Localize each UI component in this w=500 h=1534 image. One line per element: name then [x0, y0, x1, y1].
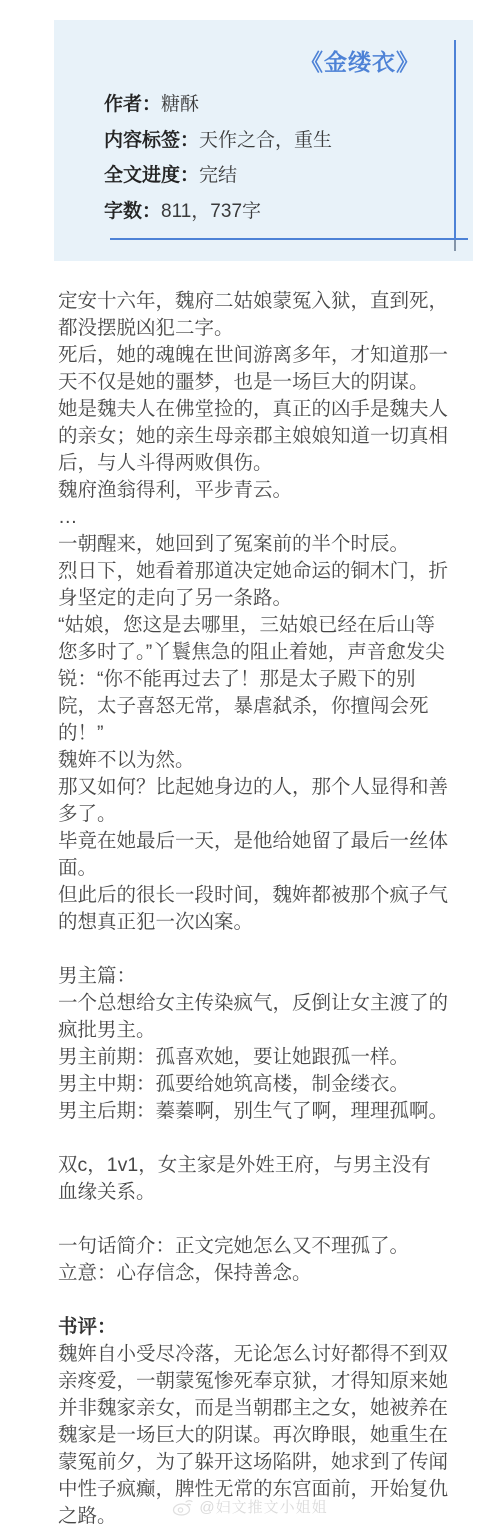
meta-label: 全文进度： — [104, 165, 199, 186]
pairing-paragraph: 双c，1v1，女主家是外姓王府，与男主没有血缘关系。 — [58, 1152, 450, 1206]
story-paragraph: 毕竟在她最后一天，是他给她留了最后一丝体面。 — [58, 828, 450, 882]
story-paragraph: 烈日下，她看着那道决定她命运的铜木门，折身坚定的走向了另一条路。 — [58, 558, 450, 612]
story-paragraph: … — [58, 504, 450, 531]
meta-value: 811，737字 — [161, 201, 261, 222]
book-info-card: 《金缕衣》 作者：糖酥 内容标签：天作之合，重生 全文进度：完结 字数：811，… — [54, 20, 473, 261]
meta-label: 内容标签： — [104, 130, 199, 151]
story-paragraph: 魏姩不以为然。 — [58, 747, 450, 774]
story-paragraph: 她是魏夫人在佛堂捡的，真正的凶手是魏夫人的亲女；她的亲生母亲郡主娘娘知道一切真相… — [58, 396, 450, 477]
story-paragraph: 那又如何？比起她身边的人，那个人显得和善多了。 — [58, 774, 450, 828]
story-paragraph: 死后，她的魂魄在世间游离多年，才知道那一天不仅是她的噩梦，也是一场巨大的阴谋。 — [58, 342, 450, 396]
story-paragraph: 但此后的很长一段时间，魏姩都被那个疯子气的想真正犯一次凶案。 — [58, 882, 450, 936]
section-intro: 定安十六年，魏府二姑娘蒙冤入狱，直到死，都没摆脱凶犯二字。 死后，她的魂魄在世间… — [58, 288, 450, 936]
meta-row-progress: 全文进度：完结 — [104, 165, 453, 186]
meta-value: 糖酥 — [161, 94, 199, 115]
meta-row-author: 作者：糖酥 — [104, 94, 453, 115]
accent-vertical-line — [454, 40, 456, 239]
body-text: 定安十六年，魏府二姑娘蒙冤入狱，直到死，都没摆脱凶犯二字。 死后，她的魂魄在世间… — [58, 288, 450, 1530]
story-paragraph: 魏府渔翁得利，平步青云。 — [58, 477, 450, 504]
meta-value: 天作之合，重生 — [199, 130, 332, 151]
meta-label: 字数： — [104, 201, 161, 222]
story-paragraph: “姑娘，您这是去哪里，三姑娘已经在后山等您多时了。”丫鬟焦急的阻止着她，声音愈发… — [58, 612, 450, 747]
male-lead-line: 男主篇： — [58, 963, 450, 990]
summary-line: 一句话简介：正文完她怎么又不理孤了。 — [58, 1233, 450, 1260]
male-lead-line: 男主前期：孤喜欢她，要让她跟孤一样。 — [58, 1044, 450, 1071]
male-lead-line: 男主后期：蓁蓁啊，别生气了啊，理理孤啊。 — [58, 1098, 450, 1125]
meta-row-wordcount: 字数：811，737字 — [104, 201, 453, 222]
meta-row-tags: 内容标签：天作之合，重生 — [104, 130, 453, 151]
page-root: { "header_card": { "title": "《金缕衣》", "ac… — [0, 0, 500, 1534]
section-pairing: 双c，1v1，女主家是外姓王府，与男主没有血缘关系。 — [58, 1152, 450, 1206]
story-paragraph: 定安十六年，魏府二姑娘蒙冤入狱，直到死，都没摆脱凶犯二字。 — [58, 288, 450, 342]
weibo-logo-icon — [172, 1498, 194, 1516]
review-heading: 书评： — [58, 1314, 450, 1341]
book-title: 《金缕衣》 — [54, 44, 420, 77]
male-lead-line: 男主中期：孤要给她筑高楼，制金缕衣。 — [58, 1071, 450, 1098]
male-lead-line: 一个总想给女主传染疯气，反倒让女主渡了的疯批男主。 — [58, 990, 450, 1044]
accent-horizontal-line — [110, 238, 468, 240]
accent-vertical-line-tail — [454, 239, 456, 251]
meta-value: 完结 — [199, 165, 237, 186]
story-paragraph: 一朝醒来，她回到了冤案前的半个时辰。 — [58, 531, 450, 558]
summary-line: 立意：心存信念，保持善念。 — [58, 1260, 450, 1287]
book-meta: 作者：糖酥 内容标签：天作之合，重生 全文进度：完结 字数：811，737字 — [104, 94, 453, 236]
section-male-lead: 男主篇： 一个总想给女主传染疯气，反倒让女主渡了的疯批男主。 男主前期：孤喜欢她… — [58, 963, 450, 1125]
watermark: @妇文推文小姐姐 — [0, 1496, 500, 1517]
meta-label: 作者： — [104, 94, 161, 115]
watermark-handle: @妇文推文小姐姐 — [199, 1496, 327, 1517]
section-summary: 一句话简介：正文完她怎么又不理孤了。 立意：心存信念，保持善念。 — [58, 1233, 450, 1287]
